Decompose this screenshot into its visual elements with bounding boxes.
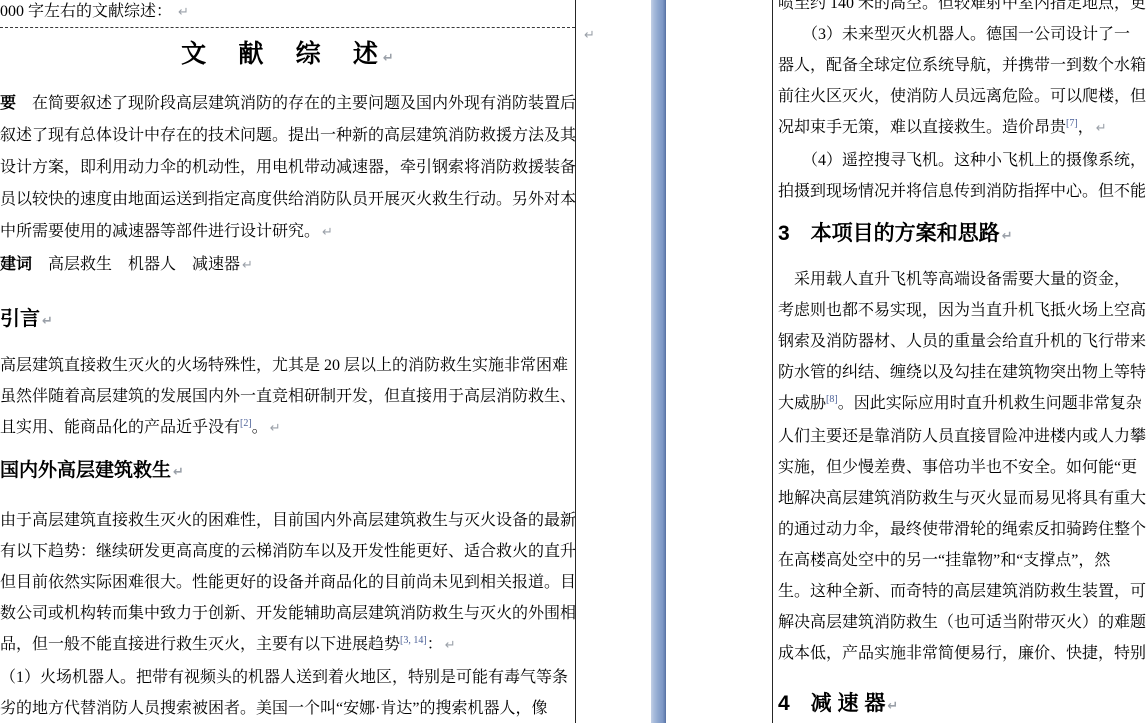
text-run: 由于高层建筑直接救生灭火的困难性，目前国内外高层建筑救生与灭火设备的最新 [0,512,575,529]
text-line: 有以下趋势：继续研发更高高度的云梯消防车以及开发性能更好、适合救火的直升 [0,536,575,567]
text-line: （4）遥控搜寻飞机。这种小飞机上的摄像系统， [778,145,1147,176]
text-run: 况却束手无策，难以直接救生。造价昂贵 [778,119,1066,136]
heading-domestic-foreign-rescue: 国内外高层建筑救生↵ [0,458,184,486]
text-run: 。 [252,419,268,436]
paragraph-mark: ↵ [383,51,394,66]
paragraph-mark: ↵ [887,699,898,714]
text-run: 3 本项目的方案和思路 [778,222,1000,245]
project-plan-block: 采用载人直升飞机等高端设备需要大量的资金，考虑则也都不易实现，因为当直升机飞抵火… [778,264,1147,669]
text-line: 劣的地方代替消防人员搜索被困者。美国一个叫“安娜·肯达”的搜索机器人，像 [0,693,575,723]
text-run: （1）火场机器人。把带有视频头的机器人送到着火地区，特别是可能有毒气等条 [0,669,568,686]
text-run: 。因此实际应用时直升机救生问题非常复杂 [838,395,1142,412]
text-boundary-line [772,0,773,723]
text-line: 且实用、能商品化的产品近乎没有[2]。↵ [0,412,575,445]
text-line: 前往火区灭火，使消防人员远离危险。可以爬楼，但 [778,81,1147,112]
text-run: 解决高层建筑消防救生（也可适当附带灭火）的难题 [778,614,1146,631]
text-run: 实施，但少慢差费、事倍功半也不安全。如何能“更 [778,459,1137,476]
text-line: 的通过动力伞，最终使带滑轮的绳索反扣骑跨住整个 [778,514,1147,545]
text-run: 有以下趋势：继续研发更高高度的云梯消防车以及开发性能更好、适合救火的直升 [0,543,575,560]
text-run: 员以较快的速度由地面运送到指定高度供给消防队员开展灭火救生行动。另外对本 [0,191,575,208]
text-run: 000 字左右的文献综述： [0,3,176,20]
text-run: 成本低，产品实施非常简便易行，廉价、快捷，特别 [778,645,1146,662]
text-line: 数公司或机构转而集中致力于创新、开发能辅助高层建筑消防救生与灭火的外围相 [0,598,575,629]
text-line: 钢索及消防器材、人员的重量会给直升机的飞行带来 [778,326,1147,357]
text-line: 虽然伴随着高层建筑的发展国内外一直竞相研制开发，但直接用于高层消防救生、 [0,381,575,412]
text-line: 拍摄到现场情况并将信息传到消防指挥中心。但不能 [778,176,1147,207]
text-line: 成本低，产品实施非常简便易行，廉价、快捷，特别 [778,638,1147,669]
text-line: 要 在简要叙述了现阶段高层建筑消防的存在的主要问题及国内外现有消防装置后， [0,88,575,120]
text-run: 在简要叙述了现阶段高层建筑消防的存在的主要问题及国内外现有消防装置后， [16,95,575,112]
text-line: 解决高层建筑消防救生（也可适当附带灭火）的难题 [778,607,1147,638]
heading-project-plan: 3 本项目的方案和思路↵ [778,219,1013,252]
text-line: 考虑则也都不易实现，因为当直升机飞抵火场上空高 [778,295,1147,326]
paragraph-mark: ↵ [42,314,53,329]
text-run: （3）未来型灭火机器人。德国一公司设计了一 [778,26,1130,43]
text-line: 高层建筑直接救生灭火的火场特殊性，尤其是 20 层以上的消防救生实施非常困难 [0,350,575,381]
text-line: 品，但一般不能直接进行救生灭火，主要有以下进展趋势[3, 14]：↵ [0,629,575,662]
text-line: 叙述了现有总体设计中存在的技术问题。提出一种新的高层建筑消防救援方法及其 [0,120,575,152]
text-run: 采用载人直升飞机等高端设备需要大量的资金， [778,271,1130,288]
text-line: 实施，但少慢差费、事倍功半也不安全。如何能“更 [778,452,1147,483]
text-run: 品，但一般不能直接进行救生灭火，主要有以下进展趋势 [0,636,400,653]
text-run: 器人，配备全球定位系统导航，并携带一到数个水箱 [778,57,1146,74]
text-run: 大威胁 [778,395,826,412]
heading-reducer: 4 减 速 器↵ [778,689,898,722]
text-run: 防水管的纠结、缠绕以及勾挂在建筑物突出物上等特 [778,364,1146,381]
window-divider-scrollbar[interactable] [651,0,666,723]
text-run: （4）遥控搜寻飞机。这种小飞机上的摄像系统， [778,152,1146,169]
text-run: 国内外高层建筑救生 [0,460,171,481]
text-run: 的通过动力伞，最终使带滑轮的绳索反扣骑跨住整个 [778,521,1146,538]
text-line: 大威胁[8]。因此实际应用时直升机救生问题非常复杂 [778,388,1147,421]
document-page-left: 000 字左右的文献综述： ↵ 文 献 综 述↵ 要 在简要叙述了现阶段高层建筑… [0,0,576,723]
text-line: 在高楼高处空中的另一“挂靠物”和“支撑点”，然 [778,545,1147,576]
text-run: 且实用、能商品化的产品近乎没有 [0,419,240,436]
paragraph-mark: ↵ [1002,229,1013,244]
text-line: 人们主要还是靠消防人员直接冒险冲进楼内或人力攀 [778,421,1147,452]
text-line: 但目前依然实际困难很大。性能更好的设备并商品化的目前尚未见到相关报道。目 [0,567,575,598]
text-run: 虽然伴随着高层建筑的发展国内外一直竞相研制开发，但直接用于高层消防救生、 [0,388,575,405]
text-run: 拍摄到现场情况并将信息传到消防指挥中心。但不能 [778,183,1146,200]
text-line: 防水管的纠结、缠绕以及勾挂在建筑物突出物上等特 [778,357,1147,388]
paragraph-mark: ↵ [322,225,333,240]
text-run: 文 献 综 述 [181,41,391,68]
heading-introduction: 引言↵ [0,306,53,335]
text-run: 但目前依然实际困难很大。性能更好的设备并商品化的目前尚未见到相关报道。目 [0,574,575,591]
text-run: 喷至约 140 米的高空。但较难射中室内指定地点，更 [778,0,1146,12]
introduction-block: 高层建筑直接救生灭火的火场特殊性，尤其是 20 层以上的消防救生实施非常困难虽然… [0,350,575,445]
robots-continued-block: 喷至约 140 米的高空。但较难射中室内指定地点，更 （3）未来型灭火机器人。德… [778,0,1147,207]
abstract-block: 要 在简要叙述了现阶段高层建筑消防的存在的主要问题及国内外现有消防装置后，叙述了… [0,88,575,282]
citation-superscript: [8] [826,394,838,405]
paragraph-mark: ↵ [1096,121,1107,136]
paragraph-mark: ↵ [584,28,595,43]
text-run: ， [1078,119,1094,136]
text-line: 员以较快的速度由地面运送到指定高度供给消防队员开展灭火救生行动。另外对本 [0,184,575,216]
text-run: 高层救生 机器人 减速器 [32,256,240,273]
text-run: 在高楼高处空中的另一“挂靠物”和“支撑点”，然 [778,552,1110,569]
text-line: （3）未来型灭火机器人。德国一公司设计了一 [778,19,1147,50]
text-run: 引言 [0,308,40,330]
text-line: 器人，配备全球定位系统导航，并携带一到数个水箱 [778,50,1147,81]
text-run: 中所需要使用的减速器等部件进行设计研究。 [0,223,320,240]
text-run: 人们主要还是靠消防人员直接冒险冲进楼内或人力攀 [778,428,1146,445]
paragraph-mark: ↵ [178,5,189,20]
citation-superscript: [2] [240,418,252,429]
text-line: 生。这种全新、而奇特的高层建筑消防救生装置，可 [778,576,1147,607]
paragraph-mark: ↵ [173,465,184,480]
text-run: 钢索及消防器材、人员的重量会给直升机的飞行带来 [778,333,1146,350]
text-line: 喷至约 140 米的高空。但较难射中室内指定地点，更 [778,0,1147,19]
text-run: 设计方案，即利用动力伞的机动性，用电机带动减速器，牵引钢索将消防救援装备 [0,159,575,176]
text-run: 数公司或机构转而集中致力于创新、开发能辅助高层建筑消防救生与灭火的外围相 [0,605,575,622]
document-title: 文 献 综 述↵ [0,38,575,76]
text-line: 况却束手无策，难以直接救生。造价昂贵[7]，↵ [778,112,1147,145]
text-line: 建词 高层救生 机器人 减速器↵ [0,249,575,282]
text-run: 叙述了现有总体设计中存在的技术问题。提出一种新的高层建筑消防救援方法及其 [0,127,575,144]
text-run: 4 减 速 器 [778,692,885,715]
text-run: 要 [0,95,16,112]
text-run: 高层建筑直接救生灭火的火场特殊性，尤其是 20 层以上的消防救生实施非常困难 [0,357,568,374]
paragraph-mark: ↵ [242,258,253,273]
text-run: 地解决高层建筑消防救生与灭火显而易见将具有重大 [778,490,1146,507]
text-run: 劣的地方代替消防人员搜索被困者。美国一个叫“安娜·肯达”的搜索机器人，像 [0,700,548,717]
survey-block: 由于高层建筑直接救生灭火的困难性，目前国内外高层建筑救生与灭火设备的最新有以下趋… [0,505,575,723]
text-line: 采用载人直升飞机等高端设备需要大量的资金， [778,264,1147,295]
citation-superscript: [3, 14] [400,635,427,646]
text-run: 建词 [0,256,32,273]
text-run: ： [427,636,443,653]
text-line: 由于高层建筑直接救生灭火的困难性，目前国内外高层建筑救生与灭火设备的最新 [0,505,575,536]
text-line: 设计方案，即利用动力伞的机动性，用电机带动减速器，牵引钢索将消防救援装备 [0,152,575,184]
document-viewer: 000 字左右的文献综述： ↵ 文 献 综 述↵ 要 在简要叙述了现阶段高层建筑… [0,0,1147,723]
text-line: 中所需要使用的减速器等部件进行设计研究。↵ [0,216,575,249]
citation-superscript: [7] [1066,118,1078,129]
instruction-line: 000 字左右的文献综述： ↵ [0,2,189,23]
paragraph-mark: ↵ [270,421,281,436]
paragraph-mark: ↵ [445,638,456,653]
text-line: 地解决高层建筑消防救生与灭火显而易见将具有重大 [778,483,1147,514]
dashed-section-divider [0,27,575,28]
text-run: 前往火区灭火，使消防人员远离危险。可以爬楼，但 [778,88,1146,105]
text-run: 考虑则也都不易实现，因为当直升机飞抵火场上空高 [778,302,1146,319]
text-line: （1）火场机器人。把带有视频头的机器人送到着火地区，特别是可能有毒气等条 [0,662,575,693]
text-run: 生。这种全新、而奇特的高层建筑消防救生装置，可 [778,583,1146,600]
